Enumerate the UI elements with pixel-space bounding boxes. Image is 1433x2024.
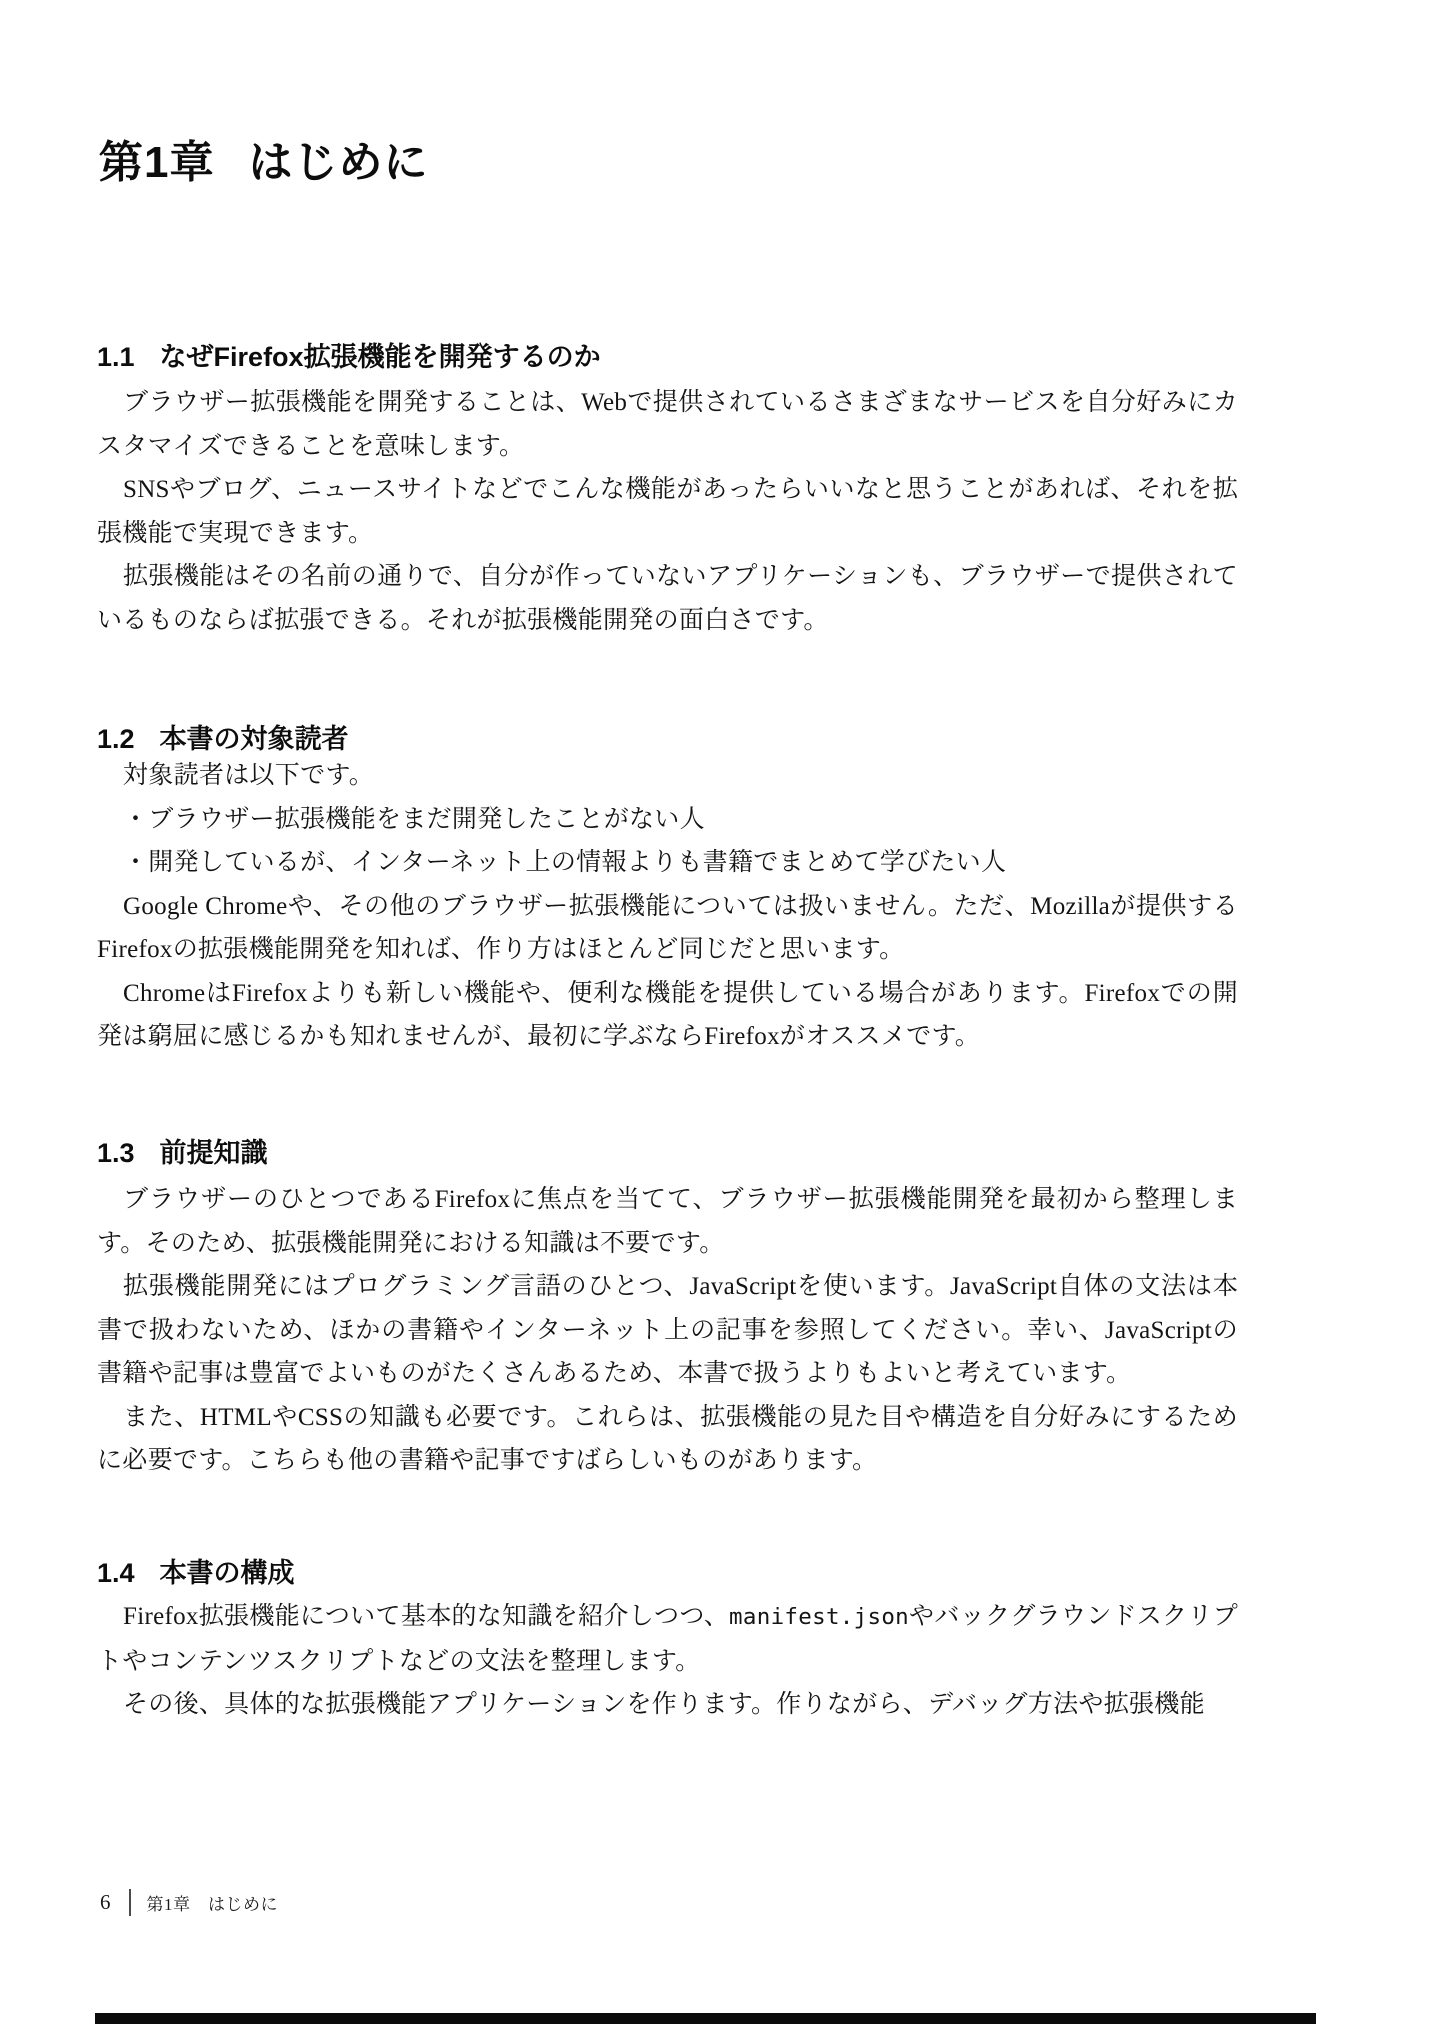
chapter-title: 第1章はじめに	[99, 139, 428, 187]
section-heading-1-1: 1.1なぜFirefox拡張機能を開発するのか	[97, 342, 601, 373]
paragraph: Google Chromeや、その他のブラウザー拡張機能については扱いません。た…	[97, 885, 1238, 972]
page-footer: 6 第1章 はじめに	[100, 1889, 278, 1916]
section-body-1-4: Firefox拡張機能について基本的な知識を紹介しつつ、manifest.jso…	[97, 1595, 1238, 1727]
bullet-item: ・ブラウザー拡張機能をまだ開発したことがない人	[97, 798, 1238, 842]
section-number: 1.2	[97, 724, 135, 754]
paragraph: 対象読者は以下です。	[97, 754, 1238, 798]
paragraph: 拡張機能開発にはプログラミング言語のひとつ、JavaScriptを使います。Ja…	[97, 1265, 1238, 1396]
paragraph: ブラウザーのひとつであるFirefoxに焦点を当てて、ブラウザー拡張機能開発を最…	[97, 1178, 1238, 1265]
paragraph: また、HTMLやCSSの知識も必要です。これらは、拡張機能の見た目や構造を自分好…	[97, 1396, 1238, 1483]
paragraph: その後、具体的な拡張機能アプリケーションを作ります。作りながら、デバッグ方法や拡…	[97, 1683, 1238, 1727]
paragraph: 拡張機能はその名前の通りで、自分が作っていないアプリケーションも、ブラウザーで提…	[97, 555, 1238, 642]
bullet-item: ・開発しているが、インターネット上の情報よりも書籍でまとめて学びたい人	[97, 841, 1238, 885]
section-body-1-3: ブラウザーのひとつであるFirefoxに焦点を当てて、ブラウザー拡張機能開発を最…	[97, 1178, 1238, 1483]
paragraph: ChromeはFirefoxよりも新しい機能や、便利な機能を提供している場合があ…	[97, 972, 1238, 1059]
section-heading-1-3: 1.3前提知識	[97, 1138, 268, 1169]
chapter-title-text: はじめに	[248, 138, 428, 187]
book-page: 第1章はじめに 1.1なぜFirefox拡張機能を開発するのか ブラウザー拡張機…	[0, 0, 1433, 2024]
section-heading-1-4: 1.4本書の構成	[97, 1558, 295, 1589]
section-title: 本書の対象読者	[160, 724, 349, 754]
text-before-code: Firefox拡張機能について基本的な知識を紹介しつつ、	[123, 1603, 729, 1630]
page-number: 6	[100, 1890, 111, 1915]
paragraph: SNSやブログ、ニュースサイトなどでこんな機能があったらいいなと思うことがあれば…	[97, 468, 1238, 555]
section-number: 1.1	[97, 342, 135, 372]
section-title: なぜFirefox拡張機能を開発するのか	[160, 342, 601, 372]
paragraph-with-code: Firefox拡張機能について基本的な知識を紹介しつつ、manifest.jso…	[97, 1595, 1238, 1683]
inline-code-manifest-json: manifest.json	[729, 1604, 909, 1630]
section-body-1-1: ブラウザー拡張機能を開発することは、Webで提供されているさまざまなサービスを自…	[97, 381, 1238, 642]
chapter-number: 第1章	[99, 138, 214, 187]
footer-chapter-label: 第1章 はじめに	[147, 1890, 279, 1915]
section-title: 前提知識	[160, 1138, 268, 1168]
footer-divider	[129, 1889, 131, 1916]
paragraph: ブラウザー拡張機能を開発することは、Webで提供されているさまざまなサービスを自…	[97, 381, 1238, 468]
section-heading-1-2: 1.2本書の対象読者	[97, 724, 349, 755]
section-title: 本書の構成	[160, 1558, 295, 1588]
section-body-1-2: 対象読者は以下です。 ・ブラウザー拡張機能をまだ開発したことがない人 ・開発して…	[97, 754, 1238, 1059]
section-number: 1.3	[97, 1138, 135, 1168]
scan-bottom-edge-bar	[95, 2013, 1316, 2024]
section-number: 1.4	[97, 1558, 135, 1588]
